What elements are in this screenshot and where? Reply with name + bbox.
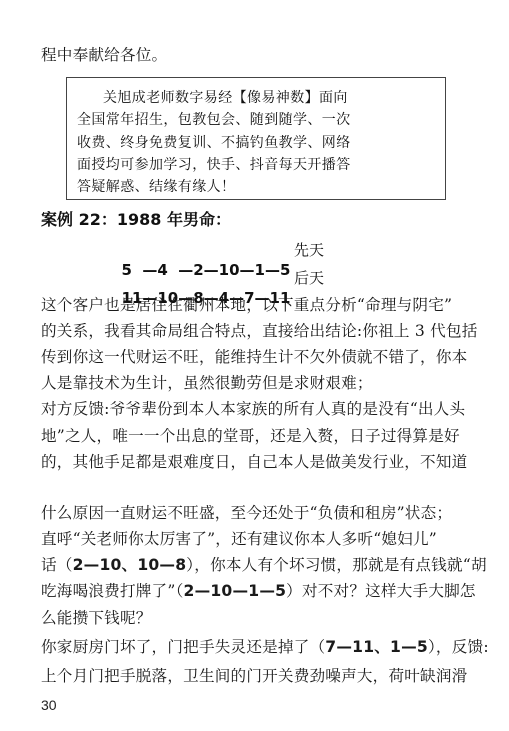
advertisement-box: 关旭成老师数字易经【像易神数】面向 全国常年招生，包教包会、随到随学、一次 收费… [66,77,446,200]
text-span: ）对不对？这样大手大脚怎 [286,582,476,600]
body-line: 话（2—10、10—8），你本人有个坏习惯，那就是有点钱就“胡 [41,555,487,575]
ad-line: 全国常年招生，包教包会、随到随学、一次 [77,111,351,129]
page-number: 30 [41,697,57,713]
ad-line: 关旭成老师数字易经【像易神数】面向 [103,89,348,107]
birth-year: 1988 [117,210,162,229]
intro-line: 程中奉献给各位。 [41,45,167,65]
text-span: ），反馈: [428,638,489,656]
houtian-label: 后天 [294,268,324,288]
case-heading-prefix: 案例 [41,210,79,229]
number-span: 2—10、10—8 [73,556,187,574]
text-span: 吃海喝浪费打牌了”（ [41,582,184,600]
case-heading-suffix: 年男命： [161,210,231,229]
body-line: 这个客户也是居住在衢州本地，以下重点分析“命理与阴宅” [41,295,452,315]
ad-line: 面授均可参加学习，快手、抖音每天开播答 [77,156,351,174]
body-line: 你家厨房门坏了，门把手失灵还是掉了（7—11、1—5），反馈: [41,637,489,657]
case-colon: ： [101,210,117,229]
ad-line: 收费、终身免费复训、不搞钓鱼教学、网络 [77,134,351,152]
case-heading: 案例 22：1988 年男命： [41,209,231,231]
body-line: 上个月门把手脱落，卫生间的门开关费劲噪声大，荷叶缺润滑 [41,666,467,686]
body-line: 直呼“关老师你太厉害了”，还有建议你本人多听“媳妇儿” [41,529,437,549]
ad-line: 答疑解惑、结缘有缘人！ [77,178,235,196]
text-span: ），你本人有个坏习惯，那就是有点钱就“胡 [186,556,486,574]
body-line: 吃海喝浪费打牌了”（2—10—1—5）对不对？这样大手大脚怎 [41,581,476,601]
body-line: 么能攒下钱呢？ [41,608,152,628]
xiantian-label: 先天 [294,240,324,260]
body-line: 人是靠技术为生计，虽然很勤劳但是求财艰难； [41,373,373,393]
body-line: 的，其他手足都是艰难度日，自己本人是做美发行业，不知道 [41,452,467,472]
body-line: 地”之人，唯一一个出息的堂哥，还是入赘，日子过得算是好 [41,426,460,446]
body-line: 传到你这一代财运不旺，能维持生计不欠外债就不错了，你本 [41,347,467,367]
body-line: 的关系，我看其命局组合特点，直接给出结论:你祖上 3 代包括 [41,321,478,341]
number-span: 7—11、1—5 [325,638,428,656]
text-span: 你家厨房门坏了，门把手失灵还是掉了（ [41,638,325,656]
number-span: 2—10—1—5 [184,582,287,600]
text-span: 话（ [41,556,73,574]
case-number: 22 [79,210,101,229]
body-line: 对方反馈:爷爷辈份到本人本家族的所有人真的是没有“出人头 [41,399,465,419]
body-line: 什么原因一直财运不旺盛，至今还处于“负债和租房”状态； [41,503,452,523]
